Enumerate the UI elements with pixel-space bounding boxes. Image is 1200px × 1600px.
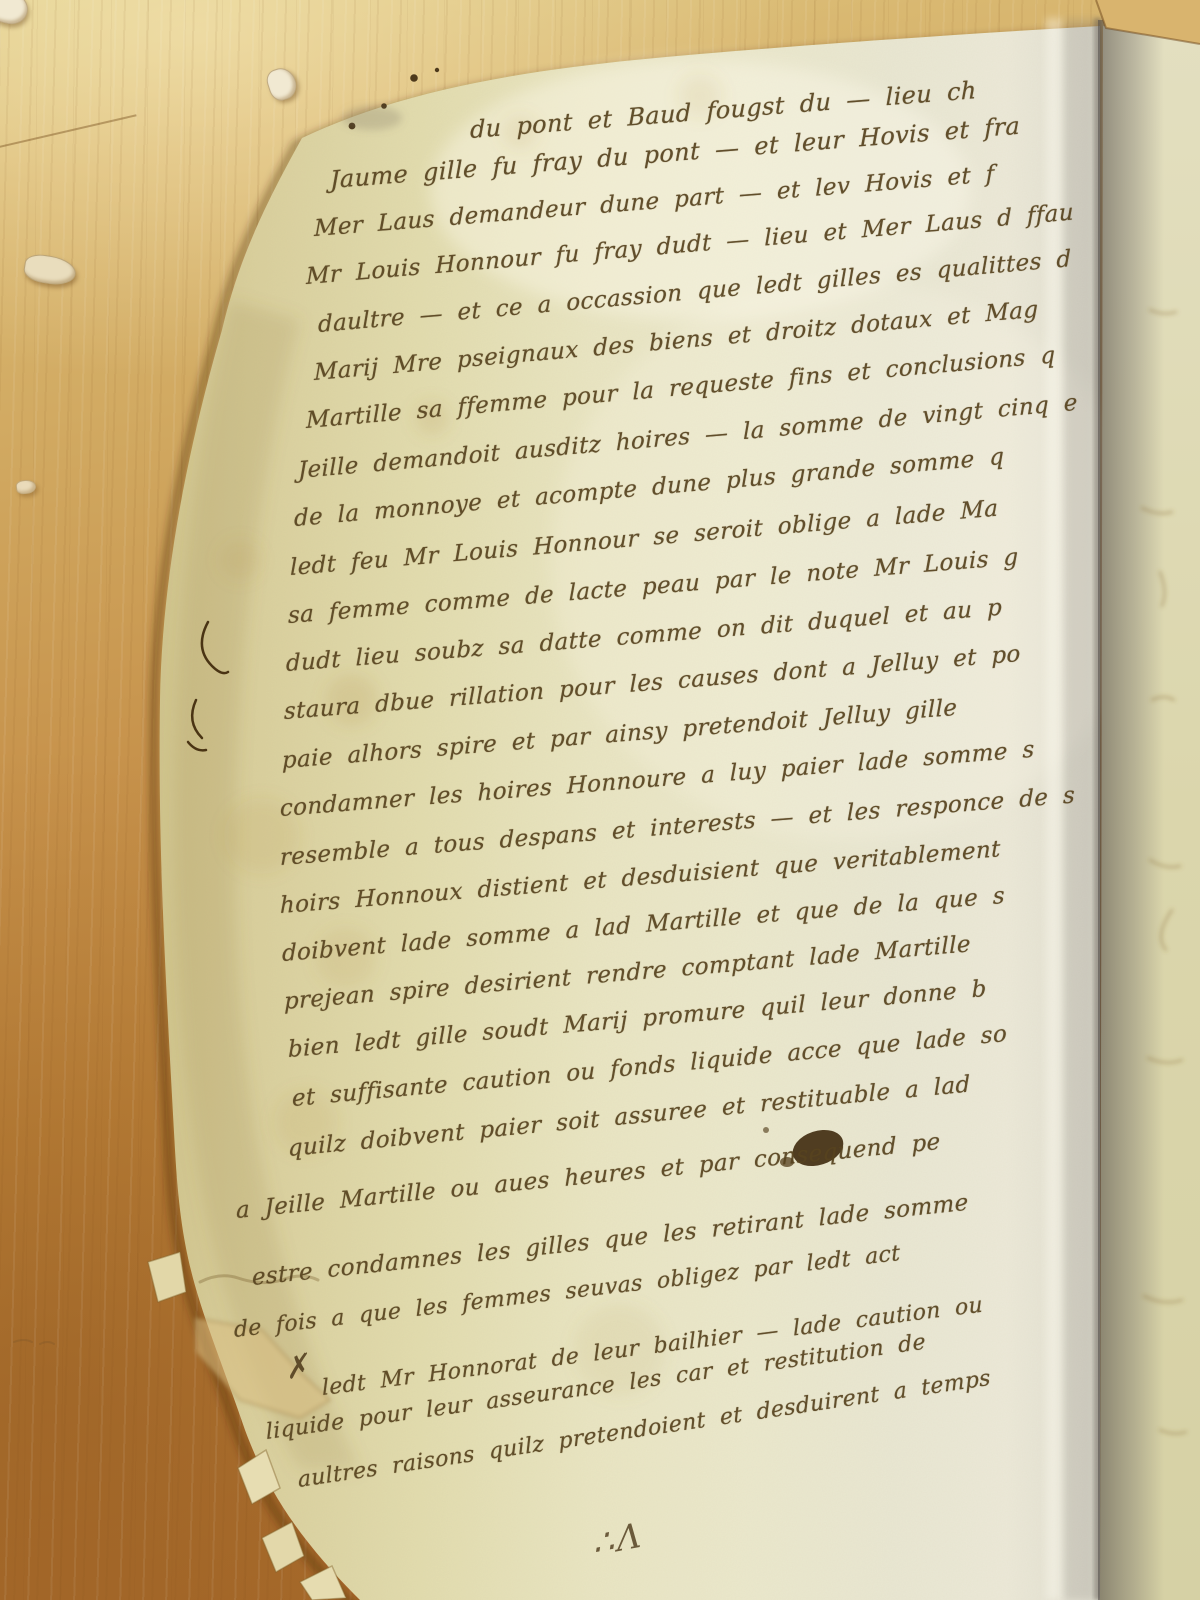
manuscript-photo: du pont et Baud fougst du — lieu chJaume… bbox=[0, 0, 1200, 1600]
wood-ghost-mark bbox=[14, 1340, 54, 1344]
gutter-shadow bbox=[1098, 20, 1164, 1600]
